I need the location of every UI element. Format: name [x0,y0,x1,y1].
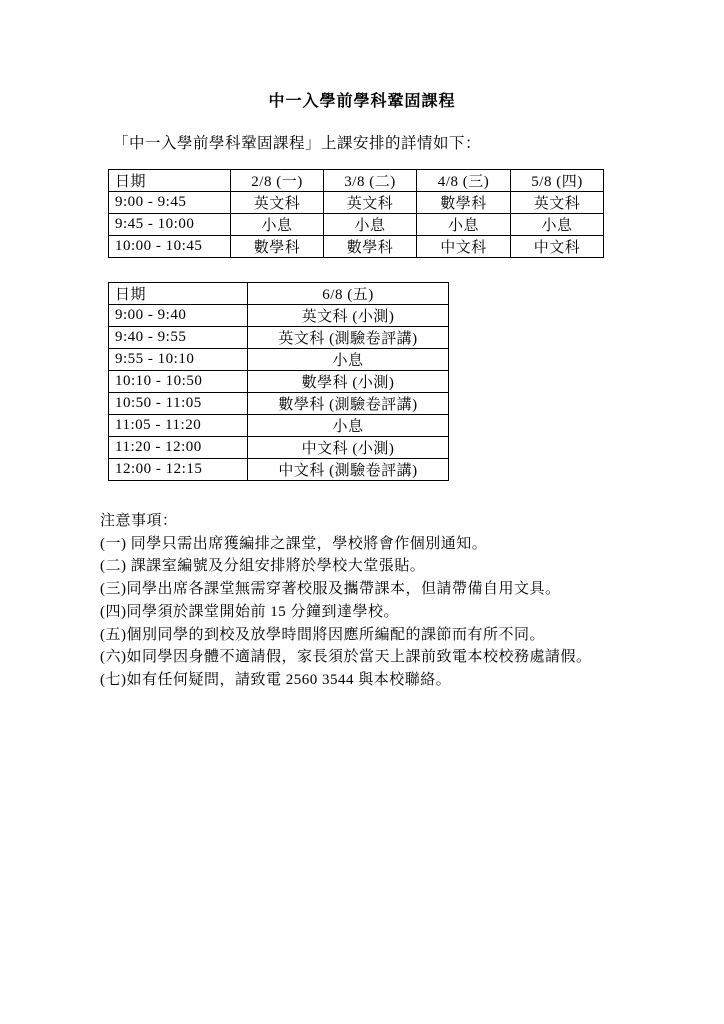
note-item: (三)同學出席各課堂無需穿著校服及攜帶課本，但請帶備自用文具。 [100,578,660,601]
notes-list: (一) 同學只需出席獲編排之課堂，學校將會作個別通知。(二) 課課室編號及分組安… [100,533,660,692]
schedule-table-week1: 日期2/8 (一)3/8 (二)4/8 (三)5/8 (四)9:00 - 9:4… [108,169,604,258]
table-cell: 小息 [248,349,449,371]
table-cell: 9:00 - 9:40 [109,305,248,327]
note-item: (四)同學須於課堂開始前 15 分鐘到達學校。 [100,601,660,624]
table-row: 9:00 - 9:40英文科 (小測) [109,305,449,327]
table-row: 9:55 - 10:10小息 [109,349,449,371]
table-cell: 數學科 [417,192,511,214]
table-row: 10:10 - 10:50數學科 (小測) [109,371,449,393]
table-row: 9:00 - 9:45英文科英文科數學科英文科 [109,192,604,214]
table-row: 12:00 - 12:15中文科 (測驗卷評講) [109,459,449,481]
table-cell: 9:00 - 9:45 [109,192,231,214]
table-row: 10:00 - 10:45數學科數學科中文科中文科 [109,236,604,258]
table-cell: 9:45 - 10:00 [109,214,231,236]
table-cell: 數學科 [324,236,417,258]
table-row: 10:50 - 11:05數學科 (測驗卷評講) [109,393,449,415]
notes-heading: 注意事項： [100,510,660,533]
table-cell: 11:05 - 11:20 [109,415,248,437]
table-cell: 中文科 [417,236,511,258]
table-cell: 數學科 [231,236,324,258]
table-cell: 9:55 - 10:10 [109,349,248,371]
table-cell: 小息 [248,415,449,437]
note-item: (六)如同學因身體不適請假，家長須於當天上課前致電本校校務處請假。 [100,646,660,669]
table-cell: 11:20 - 12:00 [109,437,248,459]
table-cell: 9:40 - 9:55 [109,327,248,349]
table-cell: 中文科 (測驗卷評講) [248,459,449,481]
table-cell: 英文科 (小測) [248,305,449,327]
notes-section: 注意事項： (一) 同學只需出席獲編排之課堂，學校將會作個別通知。(二) 課課室… [100,510,660,692]
document-page: 中一入學前學科鞏固課程 「中一入學前學科鞏固課程」上課安排的詳情如下： 日期2/… [0,0,724,1024]
table-header-row: 日期2/8 (一)3/8 (二)4/8 (三)5/8 (四) [109,170,604,192]
table-cell: 數學科 (小測) [248,371,449,393]
table-header-cell: 日期 [109,283,248,305]
note-item: (二) 課課室編號及分組安排將於學校大堂張貼。 [100,555,660,578]
table-header-cell: 日期 [109,170,231,192]
table-cell: 10:50 - 11:05 [109,393,248,415]
table-header-cell: 4/8 (三) [417,170,511,192]
table-cell: 10:00 - 10:45 [109,236,231,258]
table-cell: 英文科 [511,192,604,214]
table-cell: 小息 [324,214,417,236]
note-item: (一) 同學只需出席獲編排之課堂，學校將會作個別通知。 [100,533,660,556]
table-cell: 英文科 (測驗卷評講) [248,327,449,349]
table-header-cell: 2/8 (一) [231,170,324,192]
note-item: (七)如有任何疑問，請致電 2560 3544 與本校聯絡。 [100,669,660,692]
table-cell: 小息 [231,214,324,236]
table-cell: 中文科 [511,236,604,258]
table-cell: 12:00 - 12:15 [109,459,248,481]
document-title: 中一入學前學科鞏固課程 [0,88,724,111]
table-header-row: 日期6/8 (五) [109,283,449,305]
note-item: (五)個別同學的到校及放學時間將因應所編配的課節而有所不同。 [100,624,660,647]
table-cell: 數學科 (測驗卷評講) [248,393,449,415]
table-cell: 英文科 [231,192,324,214]
table-row: 9:45 - 10:00小息小息小息小息 [109,214,604,236]
table-row: 11:20 - 12:00中文科 (小測) [109,437,449,459]
table-cell: 小息 [417,214,511,236]
table-header-cell: 3/8 (二) [324,170,417,192]
table-cell: 中文科 (小測) [248,437,449,459]
table-row: 9:40 - 9:55英文科 (測驗卷評講) [109,327,449,349]
table-cell: 英文科 [324,192,417,214]
table-cell: 10:10 - 10:50 [109,371,248,393]
table-row: 11:05 - 11:20小息 [109,415,449,437]
table-header-cell: 6/8 (五) [248,283,449,305]
table-header-cell: 5/8 (四) [511,170,604,192]
intro-paragraph: 「中一入學前學科鞏固課程」上課安排的詳情如下： [113,131,481,153]
table-cell: 小息 [511,214,604,236]
schedule-table-friday: 日期6/8 (五)9:00 - 9:40英文科 (小測)9:40 - 9:55英… [108,282,449,481]
